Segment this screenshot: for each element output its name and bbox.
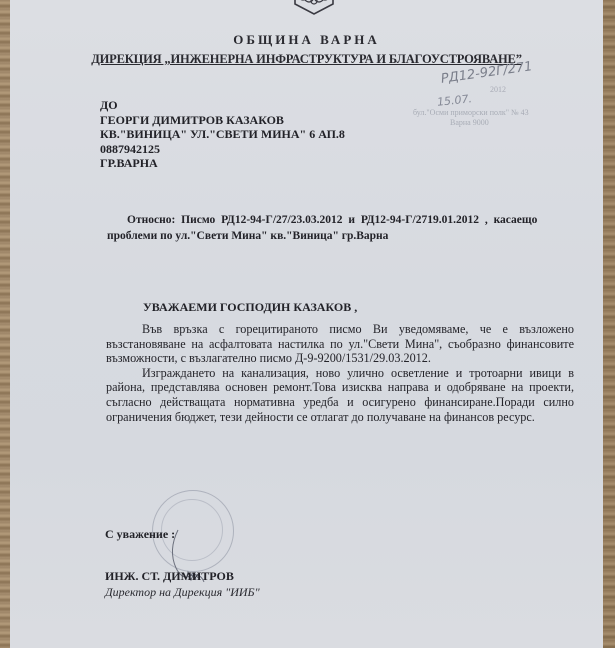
municipality-name: ОБЩИНА ВАРНА xyxy=(10,32,603,48)
recipient-address: КВ."ВИНИЦА" УЛ."СВЕТИ МИНА" 6 АП.8 xyxy=(100,127,345,142)
body-paragraph: Изграждането на канализация, ново улично… xyxy=(106,366,574,424)
wooden-surface-left xyxy=(0,0,10,648)
subject-block: Относно: Писмо РД12-94-Г/27/23.03.2012 и… xyxy=(107,212,577,244)
closing-regards: С уважение : xyxy=(105,527,175,542)
registration-city: Варна 9000 xyxy=(450,118,489,127)
wooden-surface-right xyxy=(603,0,615,648)
registration-date: 15.07. xyxy=(436,92,472,109)
varna-coat-of-arms-icon xyxy=(293,0,335,16)
registration-address: бул."Осми приморски полк" № 43 xyxy=(413,108,529,117)
recipient-to: ДО xyxy=(100,98,345,113)
recipient-city: ГР.ВАРНА xyxy=(100,156,345,171)
letter-page: ОБЩИНА ВАРНА ДИРЕКЦИЯ „ИНЖЕНЕРНА ИНФРАСТ… xyxy=(10,0,603,648)
registration-year: 2012 xyxy=(490,85,506,94)
signer-name: ИНЖ. СТ. ДИМИТРОВ xyxy=(105,569,234,584)
recipient-block: ДО ГЕОРГИ ДИМИТРОВ КАЗАКОВ КВ."ВИНИЦА" У… xyxy=(100,98,345,171)
recipient-phone: 0887942125 xyxy=(100,142,345,157)
body-paragraph: Във връзка с горецитираното писмо Ви уве… xyxy=(106,322,574,366)
letter-body: Във връзка с горецитираното писмо Ви уве… xyxy=(106,322,574,424)
salutation: УВАЖАЕМИ ГОСПОДИН КАЗАКОВ , xyxy=(143,300,357,315)
subject-line-1: Относно: Писмо РД12-94-Г/27/23.03.2012 и… xyxy=(107,212,577,228)
signer-title: Директор на Дирекция "ИИБ" xyxy=(105,585,260,600)
subject-line-2: проблеми по ул."Свети Мина" кв."Виница" … xyxy=(107,228,577,244)
recipient-name: ГЕОРГИ ДИМИТРОВ КАЗАКОВ xyxy=(100,113,345,128)
